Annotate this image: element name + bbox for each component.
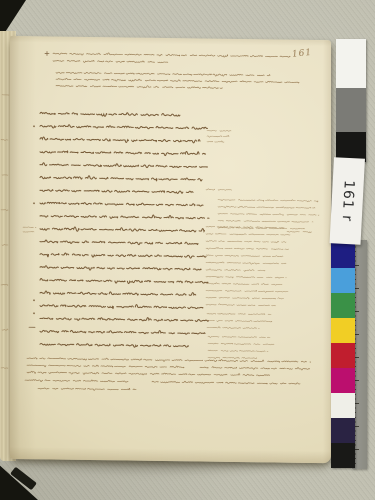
calibration-patch-red (331, 343, 355, 368)
main-text-line (40, 303, 203, 309)
margin-scholium-a-line (218, 220, 313, 222)
calibration-patch-green (331, 293, 355, 318)
top-scholium-a-line (53, 60, 168, 64)
main-text-line (40, 202, 203, 207)
top-scholium-a-line (53, 52, 290, 58)
calibration-patch-mid-gray (336, 88, 366, 132)
margin-scholium-b-line (206, 240, 286, 243)
shelf-mark-label: 161 r (330, 157, 365, 245)
bottom-scholium-5-line (38, 387, 136, 391)
margin-scholium-c-line (206, 276, 286, 279)
margin-scholium-c-line (206, 290, 288, 293)
margin-scholium-d-line (207, 313, 271, 315)
main-text-line (40, 279, 208, 285)
plus-mark (45, 51, 49, 55)
bottom-scholium-2a-line (27, 364, 184, 369)
margin-scholium-d-line (207, 327, 259, 329)
calibration-patch-magenta (331, 368, 355, 393)
left-margin-note-line (23, 227, 36, 228)
color-calibration-bar (331, 243, 355, 468)
main-text-line (40, 343, 188, 348)
margin-scholium-b-line (206, 269, 265, 272)
dot-mark (33, 299, 35, 301)
main-text-line (40, 175, 202, 181)
dot-mark (33, 312, 35, 314)
calibration-patch-white (336, 39, 366, 88)
left-margin-note-line (23, 231, 34, 232)
bottom-scholium-2b-line (200, 366, 310, 370)
bottom-scholium-4b-line (152, 381, 300, 385)
bottom-scholium-3-line (27, 371, 270, 377)
calibration-patch-black (331, 443, 355, 468)
handwriting-layer (10, 36, 331, 463)
side-note-line (207, 141, 224, 142)
margin-scholium-e-line (208, 357, 257, 360)
margin-scholium-e-line (208, 336, 270, 338)
main-text-line (40, 316, 208, 322)
main-text-line (40, 112, 180, 118)
margin-scholium-c-line (206, 304, 275, 307)
margin-frag-b-line (287, 231, 312, 233)
calibration-patch-light-blue (331, 268, 355, 293)
main-text-line (40, 291, 196, 297)
margin-scholium-b-line (206, 247, 289, 250)
main-text-line (40, 137, 200, 143)
top-scholium-b-line (56, 85, 223, 89)
main-text-line (40, 266, 201, 272)
top-scholium-b-line (56, 78, 299, 84)
main-text-line (40, 163, 207, 169)
main-text-line (40, 214, 209, 220)
margin-scholium-a-line (218, 199, 318, 202)
main-text-line (40, 227, 205, 233)
main-text-line (40, 124, 207, 130)
margin-scholium-a-line (218, 206, 315, 209)
manuscript-page: 161 (10, 36, 331, 463)
dot-mark (33, 125, 35, 127)
main-text-line (40, 240, 198, 245)
calibration-patch-navy-blue (331, 243, 355, 268)
margin-scholium-c-line (206, 297, 284, 300)
main-text-line (40, 253, 206, 259)
bottom-scholium-1-line (27, 357, 311, 363)
shelf-mark-text: 161 r (338, 180, 356, 223)
main-text-line (40, 189, 193, 193)
bottom-scholium-4a-line (25, 379, 128, 383)
grayscale-calibration-bar (336, 39, 366, 162)
calibration-patch-yellow (331, 318, 355, 343)
margin-scholium-d-line (207, 320, 272, 322)
margin-scholium-c-line (206, 283, 282, 286)
margin-scholium-b-line (206, 233, 290, 235)
top-scholium-b-line (56, 72, 270, 77)
margin-frag-a-line (206, 189, 232, 191)
main-text-line (40, 150, 206, 156)
margin-scholium-e-line (208, 343, 274, 345)
margin-scholium-b-line (206, 255, 283, 257)
margin-scholium-a-line (218, 213, 319, 216)
photo-stage: 161 161 r (0, 0, 375, 500)
calibration-patch-dark-violet (331, 418, 355, 443)
main-text-line (40, 329, 205, 334)
side-note-line (207, 130, 231, 131)
side-note-line (207, 135, 229, 137)
margin-scholium-e-line (208, 350, 268, 352)
margin-scholium-b-line (206, 262, 286, 265)
dot-mark (33, 202, 35, 204)
calibration-patch-white (331, 393, 355, 418)
